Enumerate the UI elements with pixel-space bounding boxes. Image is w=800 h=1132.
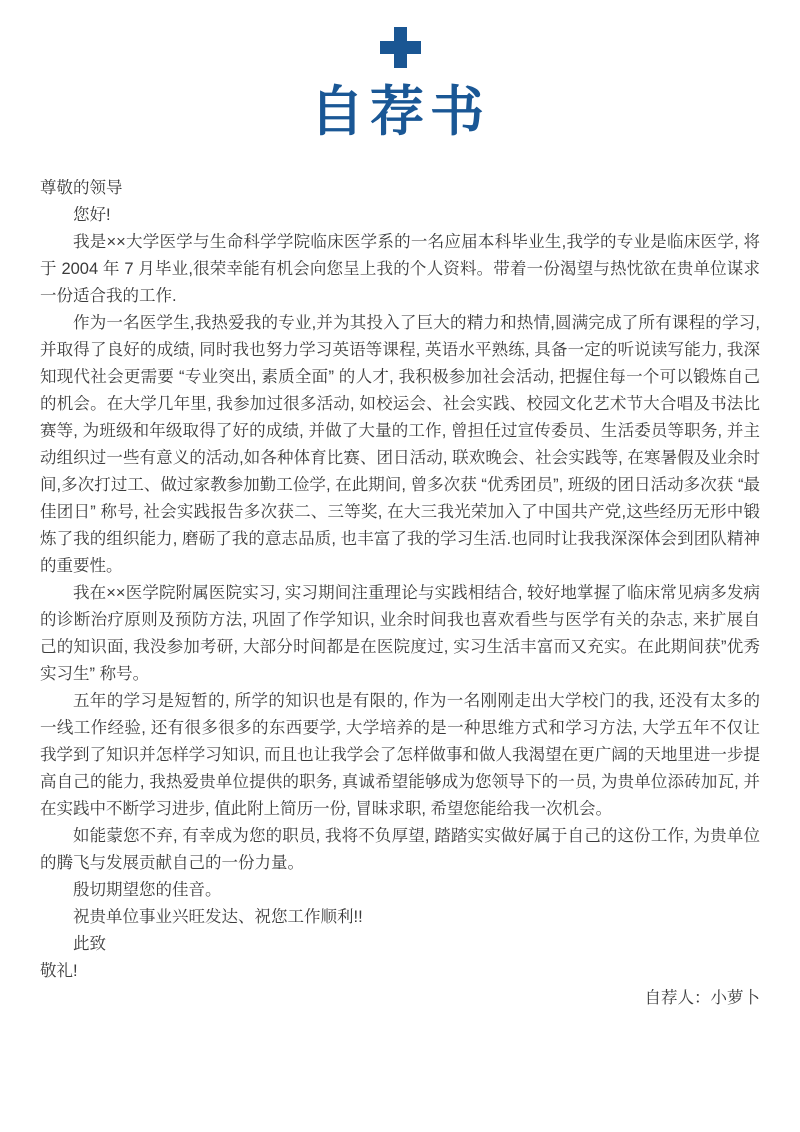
closing-cizhi: 此致 <box>40 931 760 958</box>
document-title: 自荐书 <box>0 80 800 144</box>
paragraph-campus-life: 作为一名医学生,我热爱我的专业,并为其投入了巨大的精力和热情,圆满完成了所有课程… <box>40 310 760 580</box>
closing-expectation: 殷切期望您的佳音。 <box>40 877 760 904</box>
medical-plus-icon <box>0 0 800 68</box>
signature: 自荐人：小萝卜 <box>40 985 760 1012</box>
paragraph-commitment: 如能蒙您不弃, 有幸成为您的职员, 我将不负厚望, 踏踏实实做好属于自己的这份工… <box>40 823 760 877</box>
paragraph-intro: 我是××大学医学与生命科学学院临床医学系的一名应届本科毕业生,我学的专业是临床医… <box>40 229 760 310</box>
paragraph-internship: 我在××医学院附属医院实习, 实习期间注重理论与实践相结合, 较好地掌握了临床常… <box>40 580 760 688</box>
salutation: 尊敬的领导 <box>40 175 760 202</box>
letter-body: 尊敬的领导 您好! 我是××大学医学与生命科学学院临床医学系的一名应届本科毕业生… <box>40 175 760 1012</box>
paragraph-aspiration: 五年的学习是短暂的, 所学的知识也是有限的, 作为一名刚刚走出大学校门的我, 还… <box>40 688 760 823</box>
greeting: 您好! <box>40 202 760 229</box>
closing-jingli: 敬礼! <box>40 958 760 985</box>
letter-page: 自荐书 尊敬的领导 您好! 我是××大学医学与生命科学学院临床医学系的一名应届本… <box>0 0 800 1132</box>
closing-wish: 祝贵单位事业兴旺发达、祝您工作顺利!! <box>40 904 760 931</box>
